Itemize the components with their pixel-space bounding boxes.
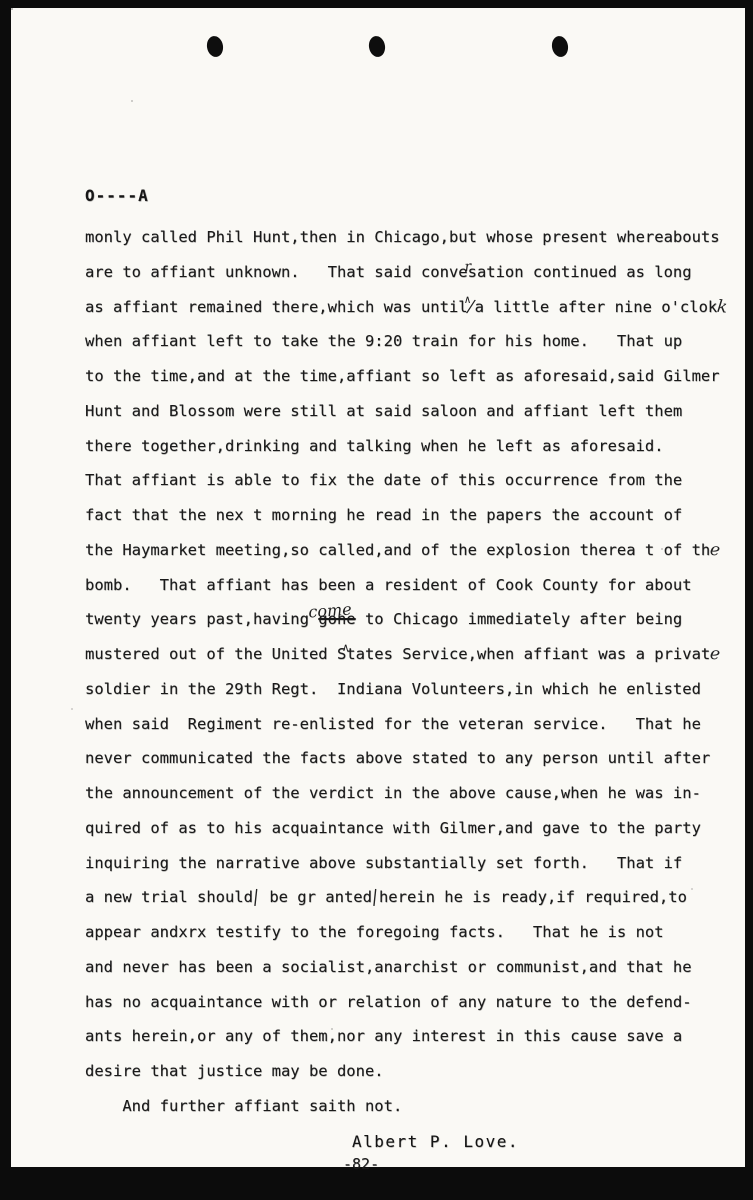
- document-heading: O----A: [85, 186, 149, 205]
- document-line: monly called Phil Hunt,then in Chicago,b…: [85, 220, 735, 255]
- handwritten-char: e: [708, 532, 719, 567]
- typed-text: That affiant is able to fix the date of …: [85, 471, 682, 489]
- document-line: Hunt and Blossom were still at said salo…: [85, 394, 735, 429]
- handwritten-char: e: [708, 637, 719, 672]
- document-line: That affiant is able to fix the date of …: [85, 463, 735, 498]
- document-line: has no acquaintance with or relation of …: [85, 985, 735, 1020]
- document-line: when said Regiment re-enlisted for the v…: [85, 707, 735, 742]
- typed-text: appear andxrx testify to the foregoing f…: [85, 923, 664, 941]
- document-line: as affiant remained there,which was unti…: [85, 290, 735, 325]
- typed-text: be gr anted: [260, 888, 372, 906]
- typed-text: fact that the nex t morning he read in t…: [85, 506, 682, 524]
- document-line: inquiring the narrative above substantia…: [85, 846, 735, 881]
- typed-text: as affiant remained there,which was unti…: [85, 298, 468, 316]
- insertion-text: r: [464, 260, 472, 274]
- typed-text: a little after nine o'clok: [475, 298, 718, 316]
- typed-text: are to affiant unknown. That said conve: [85, 263, 468, 281]
- punch-hole-dot: [205, 35, 224, 58]
- document-line: never communicated the facts above state…: [85, 741, 735, 776]
- typed-text: twenty years past,having: [85, 610, 318, 628]
- typed-text: to the time,and at the time,affiant so l…: [85, 367, 720, 385]
- typed-text: a new trial should: [85, 888, 253, 906]
- document-line: ants herein,or any of them,nor any inter…: [85, 1019, 735, 1054]
- document-line: a new trial should| be gr anted|herein h…: [85, 880, 735, 915]
- typed-text: mustered out of the United States Servic…: [85, 645, 710, 663]
- document-line: there together,drinking and talking when…: [85, 429, 735, 464]
- document-line: appear andxrx testify to the foregoing f…: [85, 915, 735, 950]
- typed-text: bomb. That affiant has been a resident o…: [85, 576, 692, 594]
- typed-text: there together,drinking and talking when…: [85, 437, 664, 455]
- document-line: fact that the nex t morning he read in t…: [85, 498, 735, 533]
- scanned-page: O----A monly called Phil Hunt,then in Ch…: [11, 8, 745, 1167]
- document-line: the Haymarket meeting,so called,and of t…: [85, 533, 735, 568]
- typed-text: the announcement of the verdict in the a…: [85, 784, 701, 802]
- typed-text: herein he is ready,if required,to: [379, 888, 687, 906]
- typed-text: quired of as to his acquaintance with Gi…: [85, 819, 701, 837]
- typed-text: when affiant left to take the 9:20 train…: [85, 332, 682, 350]
- document-line: desire that justice may be done.: [85, 1054, 735, 1089]
- typed-text: to Chicago immediately after being: [356, 610, 683, 628]
- typed-text: Hunt and Blossom were still at said salo…: [85, 402, 682, 420]
- document-line: mustered out of the United States Servic…: [85, 637, 735, 672]
- page-number: -82-: [343, 1155, 379, 1173]
- document-line: the announcement of the verdict in the a…: [85, 776, 735, 811]
- punch-hole-dot: [550, 35, 569, 58]
- typed-text: the Haymarket meeting,so called,and of t…: [85, 541, 710, 559]
- document-line: twenty years past,having gonecome∧ to Ch…: [85, 602, 735, 637]
- signature-line: Albert P. Love.: [352, 1132, 519, 1151]
- handwritten-char: k: [715, 289, 726, 324]
- document-line: to the time,and at the time,affiant so l…: [85, 359, 735, 394]
- typed-text: never communicated the facts above state…: [85, 749, 710, 767]
- insertion-text: come: [308, 603, 352, 620]
- document-line: soldier in the 29th Regt. Indiana Volunt…: [85, 672, 735, 707]
- typed-text: soldier in the 29th Regt. Indiana Volunt…: [85, 680, 701, 698]
- typed-text: desire that justice may be done.: [85, 1062, 384, 1080]
- typed-text: sation continued as long: [468, 263, 692, 281]
- document-line: And further affiant saith not.: [85, 1089, 735, 1124]
- scan-noise-specks: [11, 8, 13, 10]
- punch-hole-dot: [367, 35, 386, 58]
- typed-text: has no acquaintance with or relation of …: [85, 993, 692, 1011]
- document-line: bomb. That affiant has been a resident o…: [85, 568, 735, 603]
- typed-text: monly called Phil Hunt,then in Chicago,b…: [85, 228, 720, 246]
- typed-text: and never has been a socialist,anarchist…: [85, 958, 692, 976]
- document-body: monly called Phil Hunt,then in Chicago,b…: [85, 220, 735, 1124]
- document-line: quired of as to his acquaintance with Gi…: [85, 811, 735, 846]
- document-line: are to affiant unknown. That said conver…: [85, 255, 735, 290]
- typed-text: ants herein,or any of them,nor any inter…: [85, 1027, 682, 1045]
- typed-text: inquiring the narrative above substantia…: [85, 854, 682, 872]
- typed-text: when said Regiment re-enlisted for the v…: [85, 715, 701, 733]
- document-line: when affiant left to take the 9:20 train…: [85, 324, 735, 359]
- caret-mark: ∧: [342, 642, 349, 653]
- typed-text: And further affiant saith not.: [85, 1097, 402, 1115]
- document-line: and never has been a socialist,anarchist…: [85, 950, 735, 985]
